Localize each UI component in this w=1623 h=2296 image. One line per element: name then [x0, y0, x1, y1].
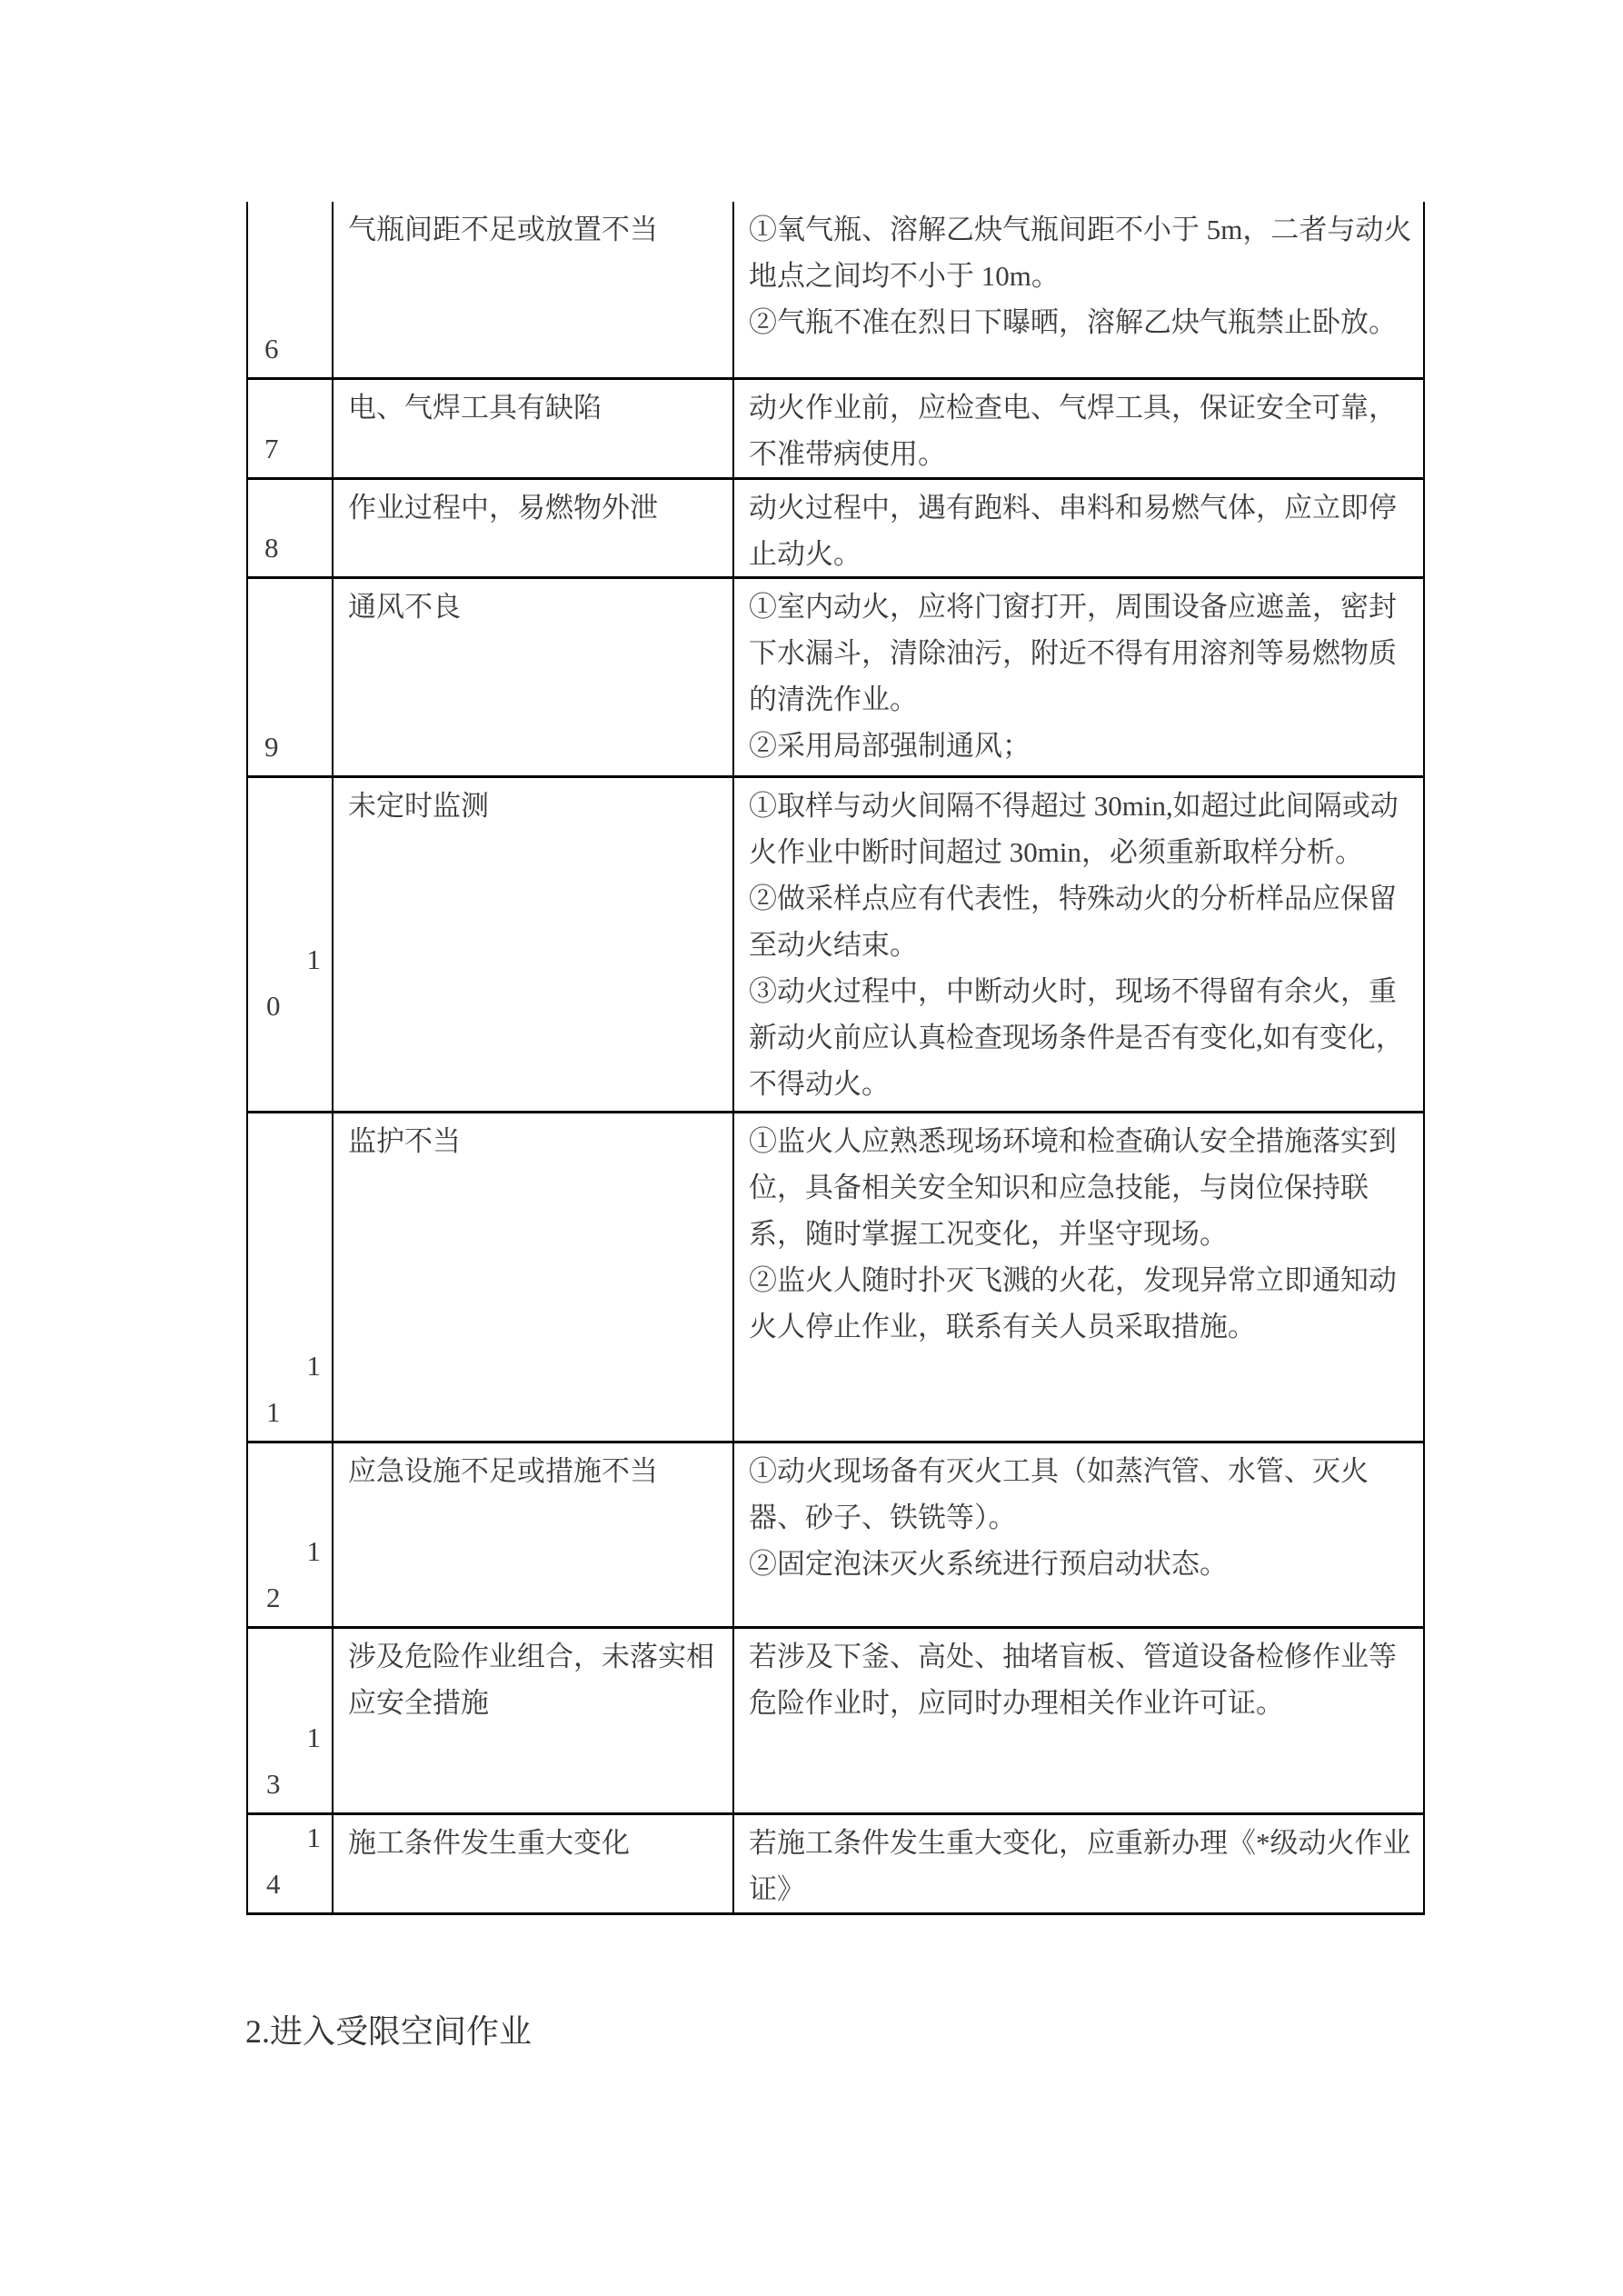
table-row: 13涉及危险作业组合，未落实相应安全措施若涉及下釜、高处、抽堵盲板、管道设备检修…: [248, 1629, 1425, 1815]
control-measures-cell: ①监火人应熟悉现场环境和检查确认安全措施落实到位，具备相关安全知识和应急技能，与…: [734, 1113, 1425, 1441]
measure-paragraph: 若施工条件发生重大变化，应重新办理《*级动火作业证》: [749, 1820, 1423, 1912]
row-number-cell: 14: [248, 1815, 334, 1912]
control-measures-cell: 若涉及下釜、高处、抽堵盲板、管道设备检修作业等危险作业时，应同时办理相关作业许可…: [734, 1629, 1425, 1812]
measure-paragraph: ①监火人应熟悉现场环境和检查确认安全措施落实到位，具备相关安全知识和应急技能，与…: [749, 1118, 1423, 1257]
measure-paragraph: ②做采样点应有代表性，特殊动火的分析样品应保留至动火结束。: [749, 875, 1423, 968]
hazard-cell: 涉及危险作业组合，未落实相应安全措施: [334, 1629, 734, 1812]
document-page: 6气瓶间距不足或放置不当①氧气瓶、溶解乙炔气瓶间距不小于 5m，二者与动火地点之…: [0, 0, 1623, 2296]
hazard-cell: 未定时监测: [334, 778, 734, 1111]
table-row: 6气瓶间距不足或放置不当①氧气瓶、溶解乙炔气瓶间距不小于 5m，二者与动火地点之…: [248, 202, 1425, 380]
row-number-digit: 7: [248, 425, 332, 472]
row-number-digit: 4: [248, 1861, 332, 1907]
measure-paragraph: 动火过程中，遇有跑料、串料和易燃气体，应立即停止动火。: [749, 484, 1423, 576]
row-number: 12: [248, 1528, 332, 1621]
measure-paragraph: ①室内动火，应将门窗打开，周围设备应遮盖，密封下水漏斗，清除油污，附近不得有用溶…: [749, 584, 1423, 723]
row-number-cell: 13: [248, 1629, 334, 1812]
row-number-cell: 6: [248, 202, 334, 377]
control-measures-cell: ①室内动火，应将门窗打开，周围设备应遮盖，密封下水漏斗，清除油污，附近不得有用溶…: [734, 579, 1425, 775]
section-heading: 2.进入受限空间作业: [245, 2007, 532, 2056]
measure-paragraph: 动火作业前，应检查电、气焊工具，保证安全可靠，不准带病使用。: [749, 384, 1423, 477]
row-number-cell: 12: [248, 1443, 334, 1626]
row-number-digit: 1: [248, 1528, 332, 1574]
table-row: 11监护不当①监火人应熟悉现场环境和检查确认安全措施落实到位，具备相关安全知识和…: [248, 1113, 1425, 1443]
measure-paragraph: ②气瓶不准在烈日下曝晒，溶解乙炔气瓶禁止卧放。: [749, 299, 1423, 345]
measure-paragraph: 若涉及下釜、高处、抽堵盲板、管道设备检修作业等危险作业时，应同时办理相关作业许可…: [749, 1633, 1423, 1726]
hazard-cell: 作业过程中，易燃物外泄: [334, 480, 734, 576]
row-number-digit: 3: [248, 1761, 332, 1807]
measure-paragraph: ①动火现场备有灭火工具（如蒸汽管、水管、灭火器、砂子、铁铣等）。: [749, 1448, 1423, 1541]
hazard-cell: 通风不良: [334, 579, 734, 775]
table-row: 7电、气焊工具有缺陷动火作业前，应检查电、气焊工具，保证安全可靠，不准带病使用。: [248, 380, 1425, 480]
row-number: 13: [248, 1714, 332, 1807]
row-number: 8: [248, 524, 332, 571]
table-row: 9通风不良①室内动火，应将门窗打开，周围设备应遮盖，密封下水漏斗，清除油污，附近…: [248, 579, 1425, 778]
measure-paragraph: ②采用局部强制通风；: [749, 723, 1423, 769]
measure-paragraph: ②监火人随时扑灭飞溅的火花，发现异常立即通知动火人停止作业，联系有关人员采取措施…: [749, 1257, 1423, 1350]
control-measures-cell: 若施工条件发生重大变化，应重新办理《*级动火作业证》: [734, 1815, 1425, 1912]
measure-paragraph: ①取样与动火间隔不得超过 30min,如超过此间隔或动火作业中断时间超过 30m…: [749, 783, 1423, 875]
row-number-cell: 9: [248, 579, 334, 775]
row-number: 6: [248, 325, 332, 372]
hazard-cell: 气瓶间距不足或放置不当: [334, 202, 734, 377]
hazard-cell: 施工条件发生重大变化: [334, 1815, 734, 1912]
row-number-cell: 10: [248, 778, 334, 1111]
row-number-digit: 9: [248, 724, 332, 770]
table-row: 12应急设施不足或措施不当①动火现场备有灭火工具（如蒸汽管、水管、灭火器、砂子、…: [248, 1443, 1425, 1629]
table-row: 10未定时监测①取样与动火间隔不得超过 30min,如超过此间隔或动火作业中断时…: [248, 778, 1425, 1113]
row-number-digit: 0: [248, 983, 332, 1029]
row-number-digit: 6: [248, 325, 332, 372]
table-row: 14施工条件发生重大变化若施工条件发生重大变化，应重新办理《*级动火作业证》: [248, 1815, 1425, 1915]
row-number-cell: 7: [248, 380, 334, 477]
hazard-cell: 电、气焊工具有缺陷: [334, 380, 734, 477]
hotwork-hazard-control-table: 6气瓶间距不足或放置不当①氧气瓶、溶解乙炔气瓶间距不小于 5m，二者与动火地点之…: [246, 202, 1425, 1915]
row-number-digit: 1: [248, 1389, 332, 1435]
measure-paragraph: ②固定泡沫灭火系统进行预启动状态。: [749, 1541, 1423, 1587]
control-measures-cell: ①氧气瓶、溶解乙炔气瓶间距不小于 5m，二者与动火地点之间均不小于 10m。②气…: [734, 202, 1425, 377]
control-measures-cell: ①动火现场备有灭火工具（如蒸汽管、水管、灭火器、砂子、铁铣等）。②固定泡沫灭火系…: [734, 1443, 1425, 1626]
row-number-digit: 1: [248, 1343, 332, 1389]
measure-paragraph: ①氧气瓶、溶解乙炔气瓶间距不小于 5m，二者与动火地点之间均不小于 10m。: [749, 206, 1423, 299]
control-measures-cell: 动火过程中，遇有跑料、串料和易燃气体，应立即停止动火。: [734, 480, 1425, 576]
row-number-digit: 1: [248, 1714, 332, 1761]
row-number: 14: [248, 1815, 332, 1907]
row-number-digit: 1: [248, 936, 332, 983]
row-number-cell: 11: [248, 1113, 334, 1441]
measure-paragraph: ③动火过程中，中断动火时，现场不得留有余火，重新动火前应认真检查现场条件是否有变…: [749, 968, 1423, 1107]
hazard-cell: 应急设施不足或措施不当: [334, 1443, 734, 1626]
row-number-cell: 8: [248, 480, 334, 576]
row-number: 7: [248, 425, 332, 472]
table-row: 8作业过程中，易燃物外泄动火过程中，遇有跑料、串料和易燃气体，应立即停止动火。: [248, 480, 1425, 579]
row-number: 11: [248, 1343, 332, 1435]
control-measures-cell: 动火作业前，应检查电、气焊工具，保证安全可靠，不准带病使用。: [734, 380, 1425, 477]
row-number: 9: [248, 724, 332, 770]
row-number-digit: 1: [248, 1815, 332, 1861]
control-measures-cell: ①取样与动火间隔不得超过 30min,如超过此间隔或动火作业中断时间超过 30m…: [734, 778, 1425, 1111]
row-number-digit: 8: [248, 524, 332, 571]
hazard-cell: 监护不当: [334, 1113, 734, 1441]
row-number: 10: [248, 936, 332, 1029]
row-number-digit: 2: [248, 1574, 332, 1621]
